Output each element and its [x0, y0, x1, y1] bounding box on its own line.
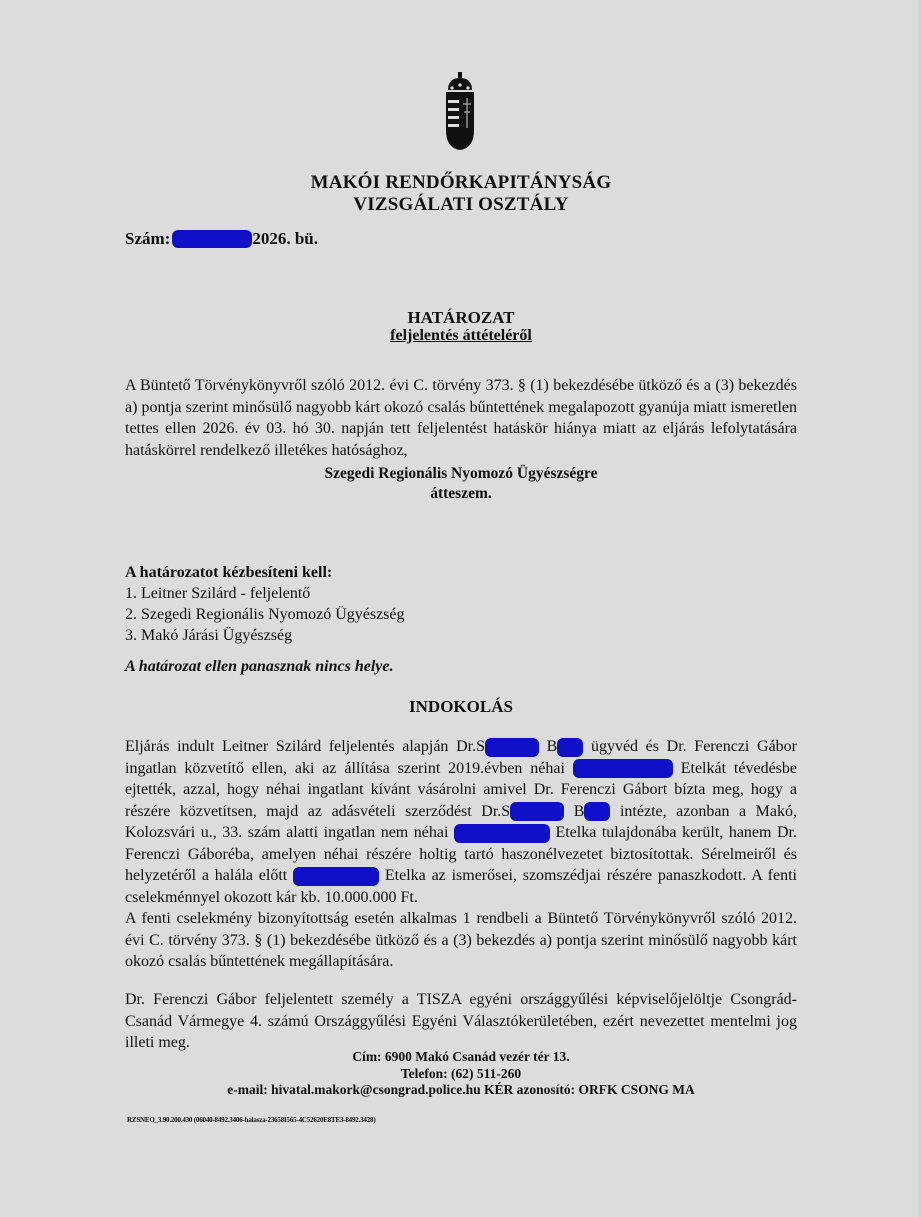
- document-title: HATÁROZAT: [0, 308, 922, 328]
- recipient-authority: Szegedi Regionális Nyomozó Ügyészségre á…: [0, 464, 922, 504]
- text-segment: B: [564, 803, 584, 820]
- department-name: VIZSGÁLATI OSZTÁLY: [0, 194, 922, 216]
- contact-footer: Cím: 6900 Makó Csanád vezér tér 13. Tele…: [0, 1049, 922, 1099]
- redaction: [557, 738, 583, 757]
- organization-name: MAKÓI RENDŐRKAPITÁNYSÁG: [0, 172, 922, 194]
- reasoning-paragraph-3: Dr. Ferenczi Gábor feljelentett személy …: [125, 989, 797, 1054]
- reasoning-paragraph-1: Eljárás indult Leitner Szilárd feljelent…: [125, 736, 797, 908]
- redaction: [510, 802, 564, 821]
- document-identifier: RZSNEO_3.90.200.430 (06040-8492.3406-hal…: [127, 1116, 375, 1124]
- reasoning-heading: INDOKOLÁS: [0, 697, 922, 717]
- case-number-suffix: 2026. bü.: [252, 229, 318, 249]
- redaction: [454, 824, 550, 843]
- redaction: [293, 867, 379, 886]
- text-segment: Eljárás indult Leitner Szilárd feljelent…: [125, 738, 485, 755]
- case-number: Szám: 2026. bü.: [125, 229, 318, 249]
- redaction: [172, 230, 252, 248]
- decision-paragraph: A Büntető Törvénykönyvről szóló 2012. év…: [125, 375, 797, 461]
- delivery-heading: A határozatot kézbesíteni kell:: [125, 562, 405, 583]
- recipient-action: átteszem.: [0, 484, 922, 504]
- delivery-item: 3. Makó Járási Ügyészség: [125, 625, 405, 646]
- recipient-name: Szegedi Regionális Nyomozó Ügyészségre: [0, 464, 922, 484]
- document-subtitle: feljelentés áttételéről: [0, 327, 922, 345]
- contact-address: Cím: 6900 Makó Csanád vezér tér 13.: [0, 1049, 922, 1066]
- text-segment: B: [539, 738, 557, 755]
- redaction: [573, 759, 673, 778]
- appeal-notice: A határozat ellen panasznak nincs helye.: [125, 658, 394, 676]
- page-edge: [918, 0, 922, 1217]
- delivery-item: 2. Szegedi Regionális Nyomozó Ügyészség: [125, 604, 405, 625]
- delivery-item: 1. Leitner Szilárd - feljelentő: [125, 583, 405, 604]
- redaction: [584, 802, 610, 821]
- case-number-label: Szám:: [125, 229, 170, 249]
- document-page: MAKÓI RENDŐRKAPITÁNYSÁG VIZSGÁLATI OSZTÁ…: [0, 0, 922, 1217]
- reasoning-paragraph-2: A fenti cselekmény bizonyítottság esetén…: [125, 908, 797, 973]
- coat-of-arms-icon: [440, 72, 480, 152]
- contact-email: e-mail: hivatal.makork@csongrad.police.h…: [0, 1082, 922, 1099]
- redaction: [485, 738, 539, 757]
- delivery-list: A határozatot kézbesíteni kell: 1. Leitn…: [125, 562, 405, 646]
- contact-phone: Telefon: (62) 511-260: [0, 1066, 922, 1083]
